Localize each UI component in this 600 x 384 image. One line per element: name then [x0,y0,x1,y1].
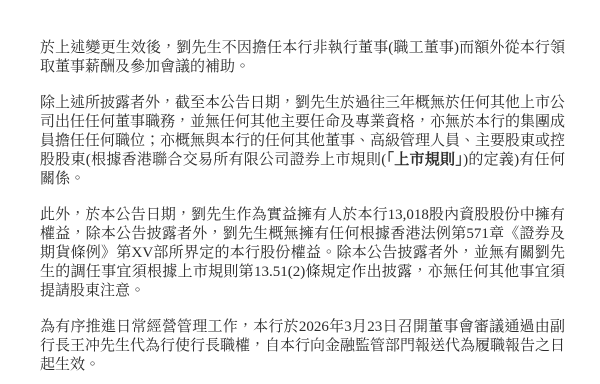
paragraph-no-other-directorships: 除上述所披露者外，截至本公告日期，劉先生於過往三年概無於任何其他上市公司出任任何… [40,94,565,189]
paragraph-shareholding-interest: 此外，於本公告日期，劉先生作為實益擁有人於本行13,018股內資股股份中擁有權益… [40,206,565,301]
paragraph-president-delegation: 為有序推進日常經營管理工作，本行於2026年3月23日召開董事會審議通過由副行長… [40,318,565,375]
paragraph-remuneration: 於上述變更生效後，劉先生不因擔任本行非執行董事(職工董事)而額外從本行領取董事薪… [40,39,565,77]
announcement-page: 於上述變更生效後，劉先生不因擔任本行非執行董事(職工董事)而額外從本行領取董事薪… [0,0,600,384]
defined-term-listing-rules: 「上市規則」 [386,152,463,168]
